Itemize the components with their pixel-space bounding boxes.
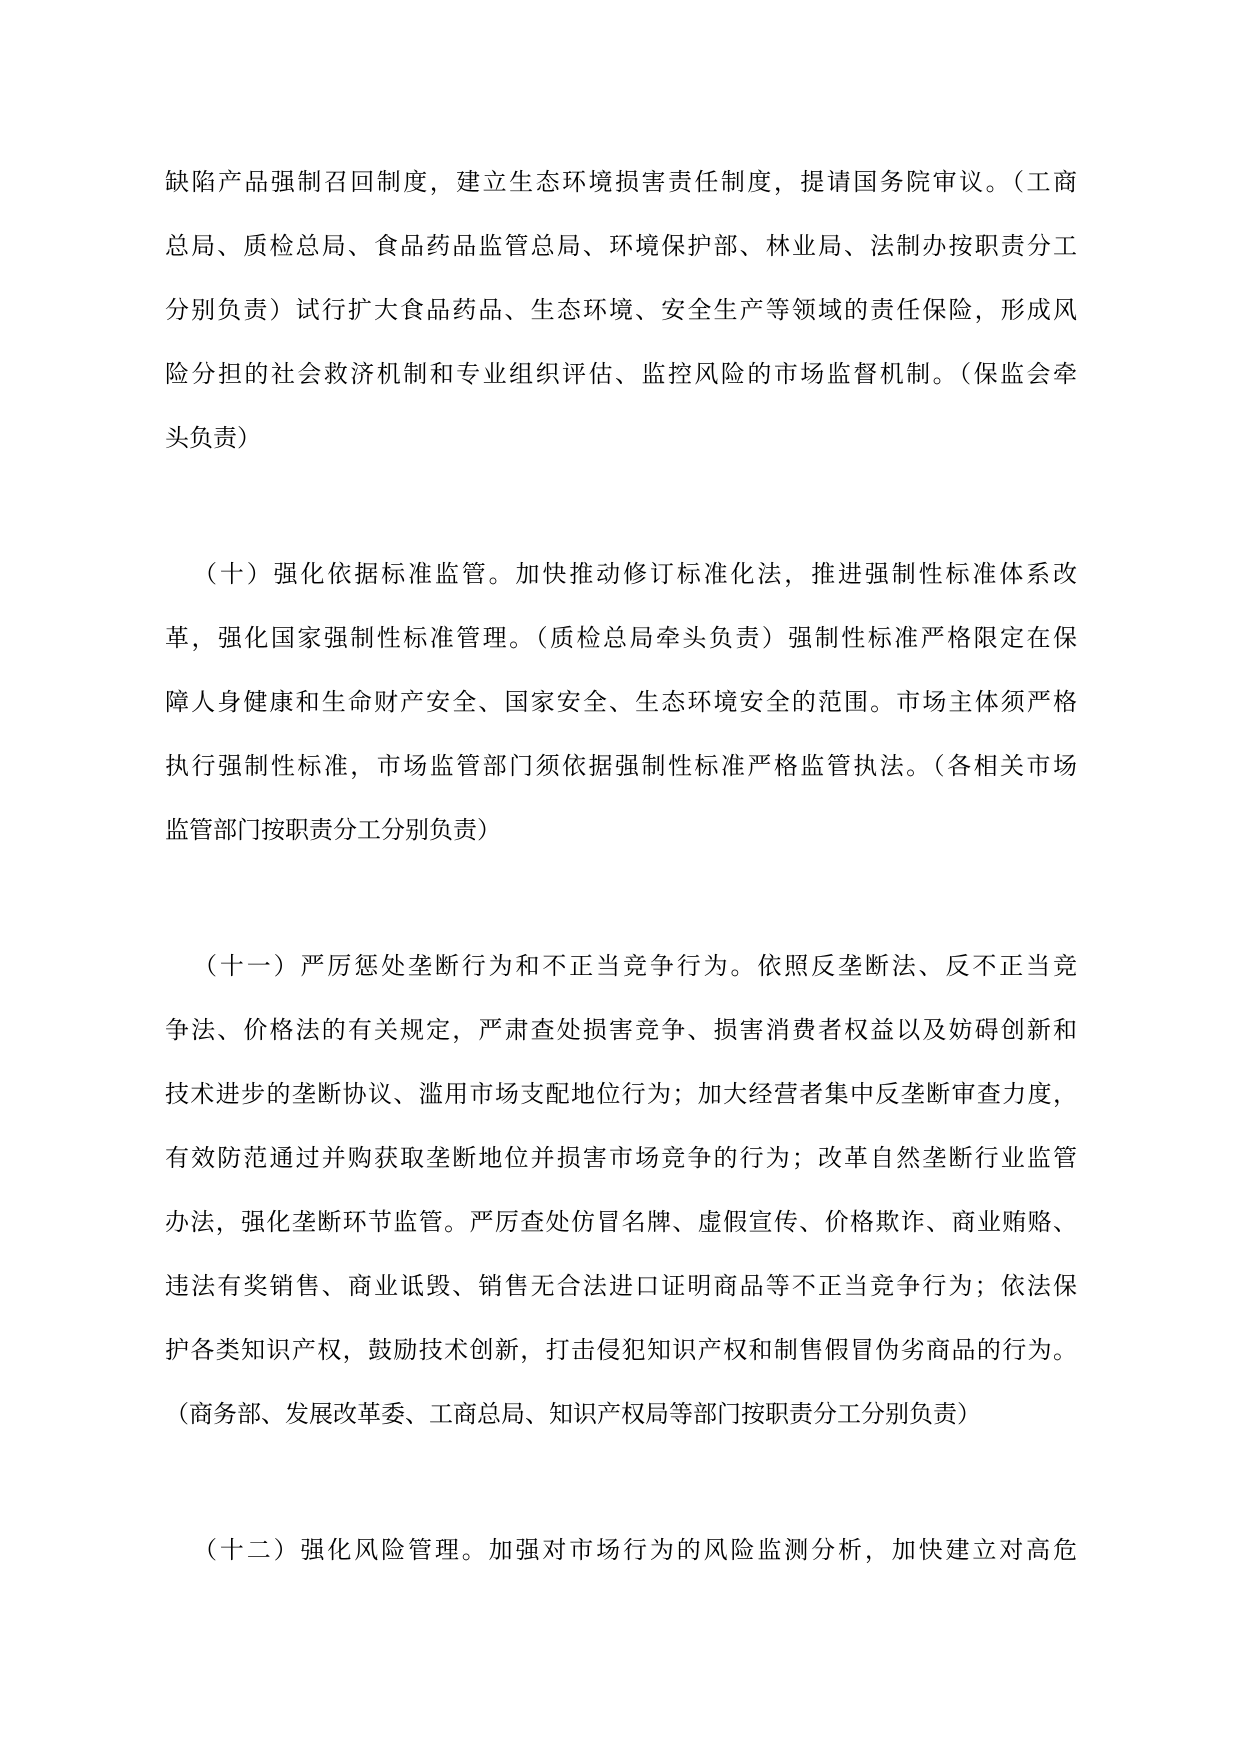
text-line: 办法，强化垄断环节监管。严厉查处仿冒名牌、虚假宣传、价格欺诈、商业贿赂、 (165, 1191, 1077, 1255)
text-line: 监管部门按职责分工分别负责） (165, 799, 1077, 863)
text-line: 革，强化国家强制性标准管理。（质检总局牵头负责）强制性标准严格限定在保 (165, 607, 1077, 671)
text-line: 违法有奖销售、商业诋毁、销售无合法进口证明商品等不正当竞争行为；依法保 (165, 1255, 1077, 1319)
text-line: 头负责） (165, 407, 1077, 471)
paragraph-recall-and-insurance: 缺陷产品强制召回制度，建立生态环境损害责任制度，提请国务院审议。（工商 总局、质… (165, 151, 1077, 471)
document-page: 缺陷产品强制召回制度，建立生态环境损害责任制度，提请国务院审议。（工商 总局、质… (0, 0, 1241, 1754)
text-line: （十二）强化风险管理。加强对市场行为的风险监测分析，加快建立对高危 (165, 1519, 1077, 1583)
text-line: 技术进步的垄断协议、滥用市场支配地位行为；加大经营者集中反垄断审查力度， (165, 1063, 1077, 1127)
text-line: 有效防范通过并购获取垄断地位并损害市场竞争的行为；改革自然垄断行业监管 (165, 1127, 1077, 1191)
paragraph-item-11-antimonopoly: （十一）严厉惩处垄断行为和不正当竞争行为。依照反垄断法、反不正当竞 争法、价格法… (165, 935, 1077, 1447)
paragraph-item-10-standards: （十）强化依据标准监管。加快推动修订标准化法，推进强制性标准体系改 革，强化国家… (165, 543, 1077, 863)
text-line: 总局、质检总局、食品药品监管总局、环境保护部、林业局、法制办按职责分工 (165, 215, 1077, 279)
text-line: 分别负责）试行扩大食品药品、生态环境、安全生产等领域的责任保险，形成风 (165, 279, 1077, 343)
document-body: 缺陷产品强制召回制度，建立生态环境损害责任制度，提请国务院审议。（工商 总局、质… (165, 151, 1077, 1583)
text-line: 执行强制性标准，市场监管部门须依据强制性标准严格监管执法。（各相关市场 (165, 735, 1077, 799)
paragraph-item-12-risk: （十二）强化风险管理。加强对市场行为的风险监测分析，加快建立对高危 (165, 1519, 1077, 1583)
text-line: 险分担的社会救济机制和专业组织评估、监控风险的市场监督机制。（保监会牵 (165, 343, 1077, 407)
text-line: 缺陷产品强制召回制度，建立生态环境损害责任制度，提请国务院审议。（工商 (165, 151, 1077, 215)
text-line: （商务部、发展改革委、工商总局、知识产权局等部门按职责分工分别负责） (165, 1383, 1077, 1447)
text-line: 障人身健康和生命财产安全、国家安全、生态环境安全的范围。市场主体须严格 (165, 671, 1077, 735)
text-line: 护各类知识产权，鼓励技术创新，打击侵犯知识产权和制售假冒伪劣商品的行为。 (165, 1319, 1077, 1383)
text-line: （十一）严厉惩处垄断行为和不正当竞争行为。依照反垄断法、反不正当竞 (165, 935, 1077, 999)
text-line: （十）强化依据标准监管。加快推动修订标准化法，推进强制性标准体系改 (165, 543, 1077, 607)
text-line: 争法、价格法的有关规定，严肃查处损害竞争、损害消费者权益以及妨碍创新和 (165, 999, 1077, 1063)
